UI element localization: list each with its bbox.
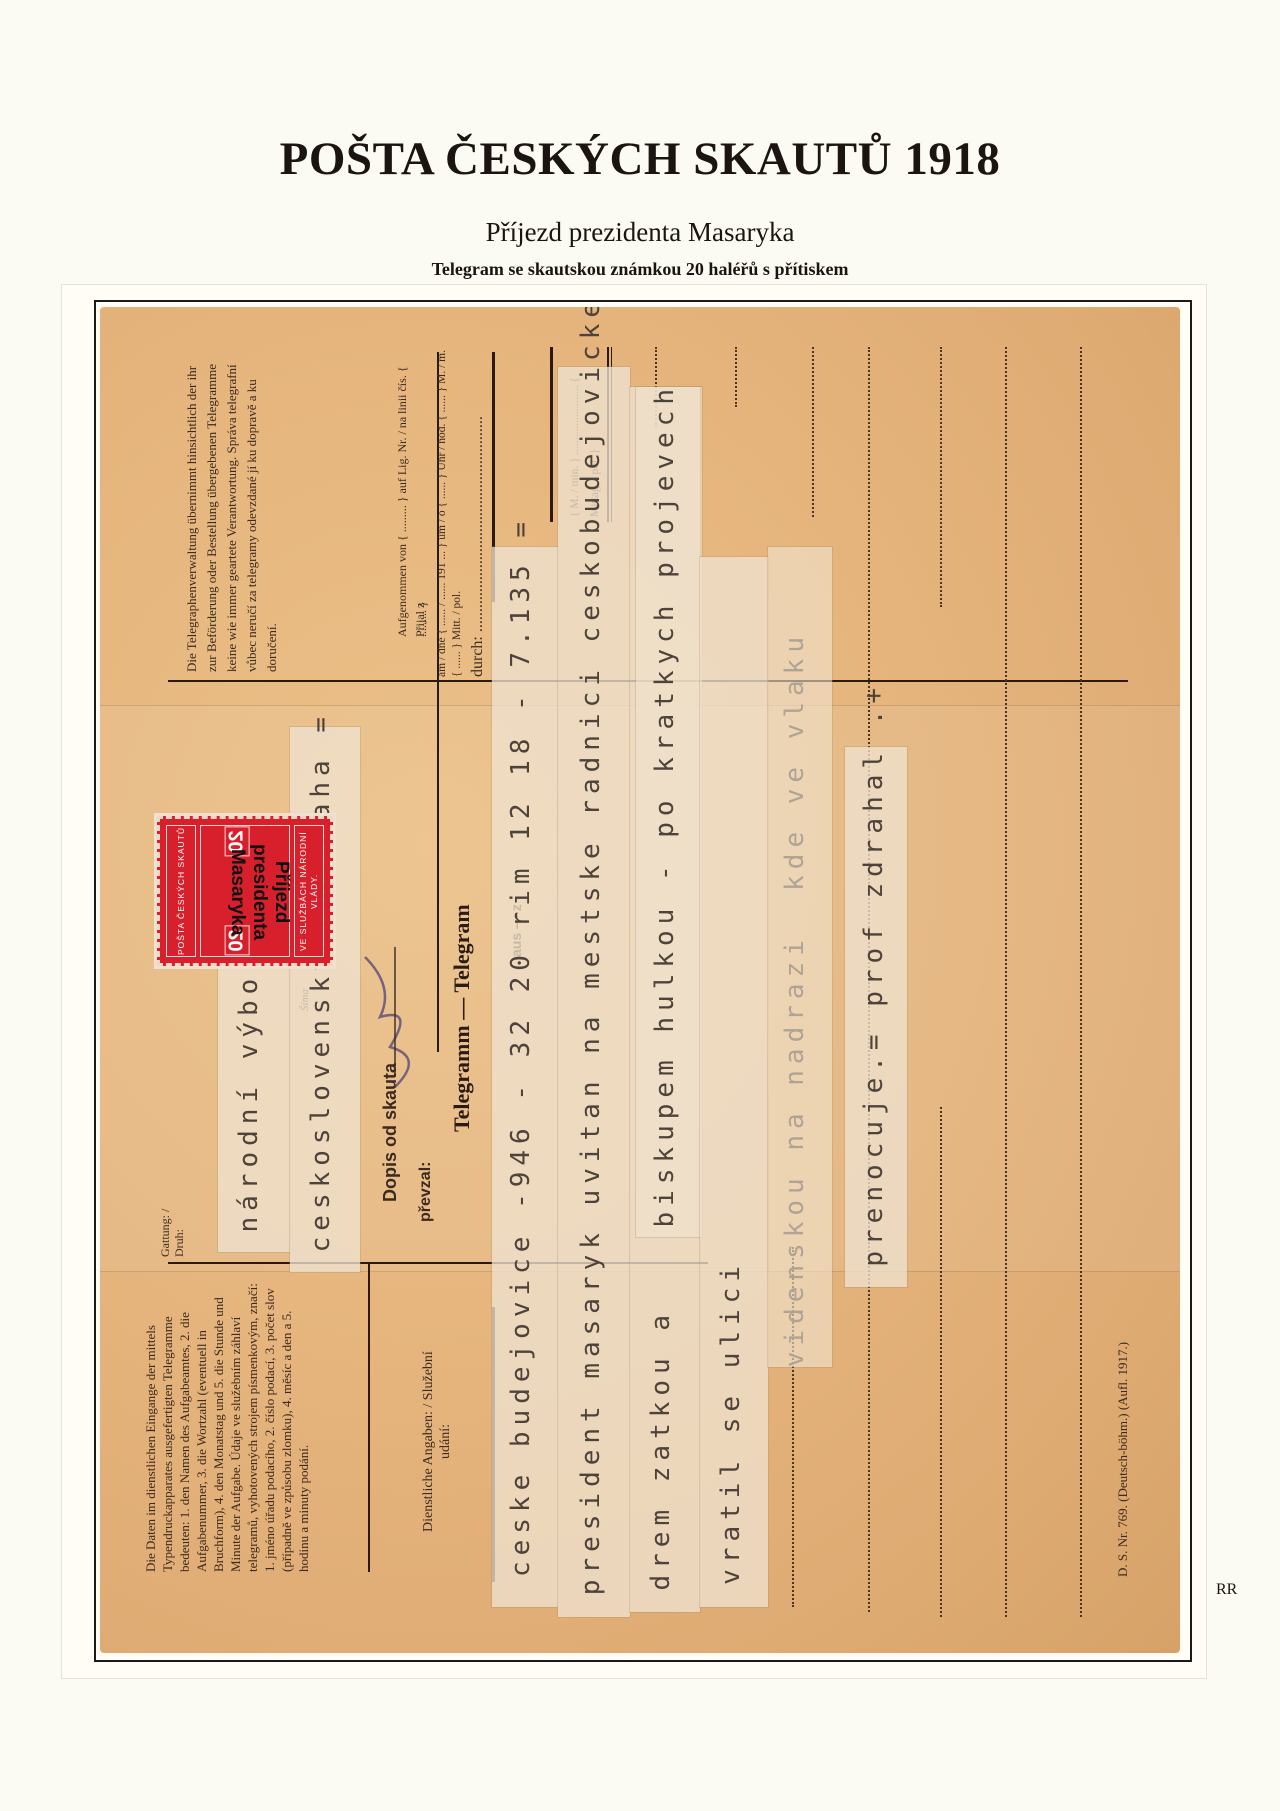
page-subtitle: Příjezd prezidenta Masaryka	[0, 217, 1280, 248]
received-on-field: am / dne { ...... / ...... 191 ... } um …	[435, 347, 467, 677]
received-by-field: durch: .................................…	[468, 317, 488, 677]
addressee-line-2: ceskoslovensky -: praha =	[306, 711, 336, 1252]
message-line-2a-text: drem zatkou a	[646, 1309, 676, 1591]
message-strip-2b: biskupem hulkou - po kratkych projevech	[636, 387, 702, 1237]
telegram-form: Die Telegraphenverwaltung übernimmt hins…	[100, 307, 1180, 1653]
addressee-strip-2: ceskoslovensky -: praha =	[290, 727, 360, 1272]
message-line-3a-text: vratil se ulici	[716, 1260, 746, 1585]
message-strip-4: prenocuje.= prof zdrahal .+	[845, 747, 907, 1287]
header-line: ceske budejovice -946 - 32 20 rim 12 18 …	[506, 516, 536, 1577]
page-title: POŠTA ČESKÝCH SKAUTŮ 1918	[0, 132, 1280, 186]
rule-time-a	[550, 347, 553, 522]
header-explanation: Die Daten im dienstlichen Eingange der m…	[142, 1272, 367, 1572]
service-info-label: Dienstliche Angaben: / Služební udání:	[420, 1342, 454, 1542]
rule-bottom-divider	[368, 1262, 370, 1572]
message-line-6	[1005, 347, 1007, 1617]
message-strip-3: vratil se ulici videnskou na nadrazi kde…	[700, 557, 768, 1607]
liability-notice: Die Telegraphenverwaltung übernimmt hins…	[182, 347, 342, 672]
addressee-line-1: národní výbor	[234, 951, 264, 1233]
stamp-right-panel: VE SLUŽBÁCH NÁRODNÍ VLÁDY.	[294, 825, 324, 957]
scout-stamp-20h: POŠTA ČESKÝCH SKAUTŮ 20 20 VE SLUŽBÁCH N…	[157, 816, 333, 966]
stamp-left-text: POŠTA ČESKÝCH SKAUTŮ	[176, 827, 187, 955]
signature-scribble	[355, 947, 435, 1097]
header-strip: ceske budejovice -946 - 32 20 rim 12 18 …	[492, 547, 558, 1607]
message-line-3	[812, 347, 814, 517]
message-line-5	[940, 347, 942, 607]
stamp-left-panel: POŠTA ČESKÝCH SKAUTŮ	[166, 825, 196, 957]
received-stamp-2: převzal:	[416, 1162, 436, 1222]
stamp-overprint: Příjezd presidenta Masaryka	[202, 827, 292, 957]
message-line-2b-visible: biskupem hulkou - po kratkych projevech	[650, 383, 680, 1227]
message-strip-1: president masaryk uvitan na mestske radn…	[558, 367, 630, 1617]
received-from-cz: Přijal z	[410, 577, 430, 637]
page-caption: Telegram se skautskou známkou 20 haléřů …	[0, 259, 1280, 280]
message-strip-3b	[768, 547, 832, 1367]
form-number: D. S. Nr. 769. (Deutsch-böhm.) (Aufl. 19…	[1113, 1147, 1133, 1577]
telegram-heading: Telegramm — Telegram	[452, 822, 472, 1132]
rarity-mark: RR	[1216, 1581, 1237, 1599]
message-line-5b	[940, 1107, 942, 1617]
message-line-1-text: president masaryk uvitan na mestske radn…	[576, 307, 606, 1595]
message-line-2	[735, 347, 737, 407]
kind-label: Gattung: / Druh:	[158, 1187, 188, 1257]
stamp-right-text: VE SLUŽBÁCH NÁRODNÍ VLÁDY.	[298, 826, 320, 956]
message-line-7	[1080, 347, 1082, 1617]
message-line-4-text: prenocuje.= prof zdrahal .+	[859, 682, 889, 1267]
